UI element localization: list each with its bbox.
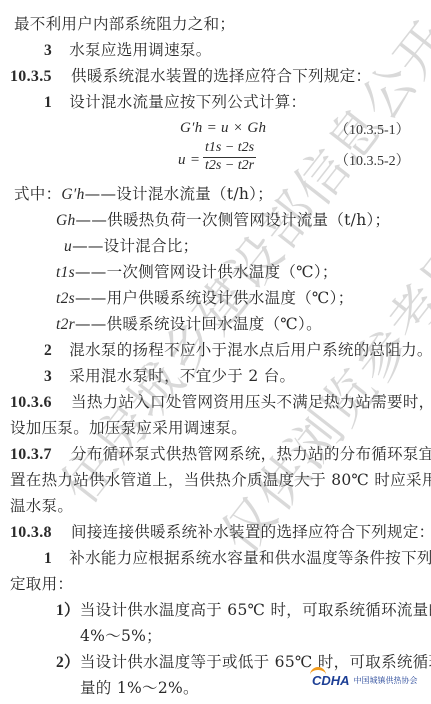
document-page: 最不利用户内部系统阻力之和； 3 水泵应选用调速泵。 10.3.5 供暖系统混水…: [0, 0, 431, 704]
list-item: 2 混水泵的扬程不应小于混水点后用户系统的总阻力。: [44, 340, 431, 361]
definition-item: u——设计混合比；: [64, 236, 198, 257]
text-line: 定取用：: [10, 574, 73, 594]
item-number: 3: [44, 42, 52, 59]
text-line: 设加压泵。加压泵应采用调速泵。: [10, 418, 247, 438]
equation-1: G′h = u × Gh: [180, 118, 266, 138]
text-line: 量的 1%～2%。: [80, 678, 199, 698]
sub-list-item: 1）当设计供水温度高于 65℃ 时，可取系统循环流量的: [56, 600, 431, 621]
equation-number: （10.3.5-1）: [335, 119, 410, 139]
definition-item: t2s——用户供暖系统设计供水温度（℃）；: [56, 288, 354, 309]
definition-item: Gh——供暖热负荷一次侧管网设计流量（t/h）；: [56, 210, 390, 231]
list-item: 3 采用混水泵时，不宜少于 2 台。: [44, 366, 295, 387]
equation-number: （10.3.5-2）: [335, 150, 410, 170]
list-item: 1 补水能力应根据系统水容量和供水温度等条件按下列规: [44, 548, 431, 569]
section-10-3-8: 10.3.8 间接连接供暖系统补水装置的选择应符合下列规定：: [10, 522, 431, 543]
fraction-numerator: t1s − t2s: [203, 140, 256, 158]
text-line: 置在热力站供水管道上，当供热介质温度大于 80℃ 时应采用高: [10, 470, 431, 490]
list-item: 3 水泵应选用调速泵。: [44, 40, 212, 61]
text-line: 最不利用户内部系统阻力之和；: [14, 14, 235, 34]
sub-list-item: 2）当设计供水温度等于或低于 65℃ 时，可取系统循环流: [56, 652, 431, 673]
definition-item: t2r——供暖系统设计回水温度（℃）。: [56, 314, 322, 335]
equation-2-lhs: u =: [178, 150, 200, 170]
logo-arc-icon: [310, 667, 326, 680]
section-10-3-6: 10.3.6 当热力站入口处管网资用压头不满足热力站需要时，可: [10, 392, 431, 413]
definition-item: 式中：G′h——设计混水流量（t/h）；: [14, 184, 273, 205]
section-10-3-7: 10.3.7 分布循环泵式供热管网系统，热力站的分布循环泵宜设: [10, 444, 431, 465]
text-line: 4%～5%；: [80, 626, 162, 646]
equation-2-fraction: t1s − t2s t2s − t2r: [203, 140, 256, 174]
logo-text: 中国城镇供热协会: [354, 675, 418, 686]
publisher-logo: CDHA 中国城镇供热协会: [312, 673, 418, 688]
list-item: 1 设计混水流量应按下列公式计算：: [44, 92, 306, 113]
definition-item: t1s——一次侧管网设计供水温度（℃）；: [56, 262, 338, 283]
text-line: 温水泵。: [10, 496, 73, 516]
section-number: 10.3.5: [10, 68, 52, 85]
section-10-3-5: 10.3.5 供暖系统混水装置的选择应符合下列规定：: [10, 66, 371, 87]
fraction-denominator: t2s − t2r: [203, 158, 256, 174]
